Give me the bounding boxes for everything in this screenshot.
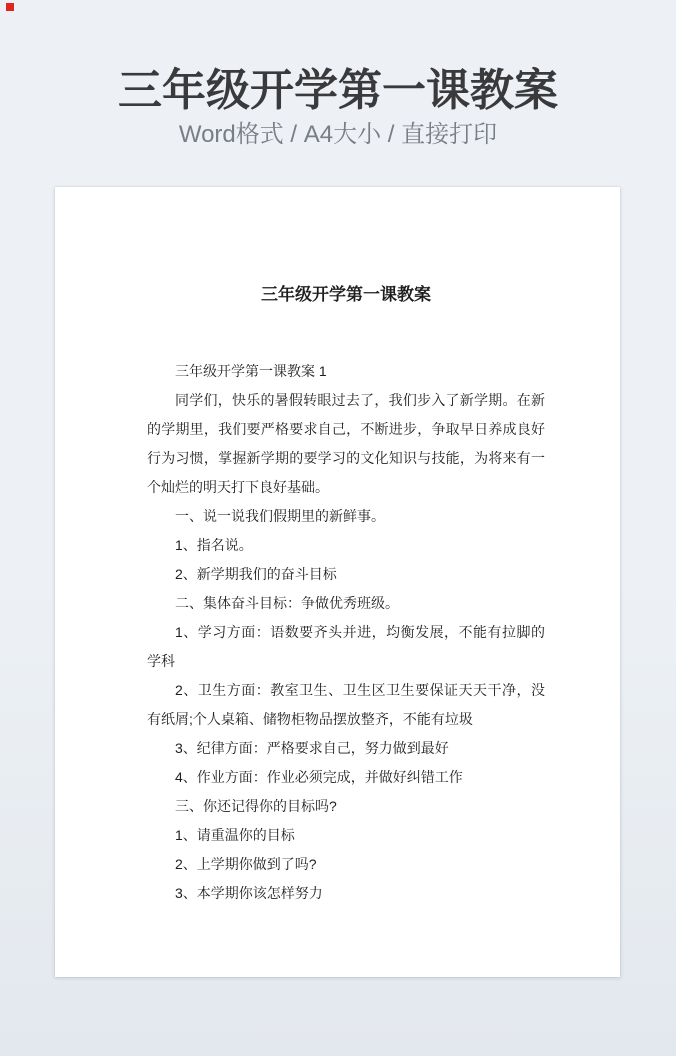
page-subtitle: Word格式 / A4大小 / 直接打印 xyxy=(0,120,676,150)
document-line: 4、作业方面：作业必须完成，并做好纠错工作 xyxy=(147,763,545,792)
document-line: 2、新学期我们的奋斗目标 xyxy=(147,560,545,589)
document-preview-page: 三年级开学第一课教案 三年级开学第一课教案 1同学们，快乐的暑假转眼过去了，我们… xyxy=(55,187,620,977)
document-line: 学科 xyxy=(147,647,545,676)
document-line: 三年级开学第一课教案 1 xyxy=(147,357,545,386)
document-line: 一、说一说我们假期里的新鲜事。 xyxy=(147,502,545,531)
document-line: 二、集体奋斗目标：争做优秀班级。 xyxy=(147,589,545,618)
document-line: 同学们，快乐的暑假转眼过去了，我们步入了新学期。在新 xyxy=(147,386,545,415)
page: 三年级开学第一课教案 Word格式 / A4大小 / 直接打印 三年级开学第一课… xyxy=(0,0,676,1056)
document-line: 三、你还记得你的目标吗? xyxy=(147,792,545,821)
document-line: 3、本学期你该怎样努力 xyxy=(147,879,545,908)
document-line: 个灿烂的明天打下良好基础。 xyxy=(147,473,545,502)
document-line: 1、指名说。 xyxy=(147,531,545,560)
corner-marker xyxy=(6,3,14,11)
document-line: 1、请重温你的目标 xyxy=(147,821,545,850)
document-line: 2、上学期你做到了吗? xyxy=(147,850,545,879)
document-line: 3、纪律方面：严格要求自己，努力做到最好 xyxy=(147,734,545,763)
document-body: 三年级开学第一课教案 1同学们，快乐的暑假转眼过去了，我们步入了新学期。在新的学… xyxy=(147,357,545,908)
document-line: 行为习惯，掌握新学期的要学习的文化知识与技能，为将来有一 xyxy=(147,444,545,473)
document-line: 1、学习方面：语数要齐头并进，均衡发展，不能有拉脚的 xyxy=(147,618,545,647)
document-line: 2、卫生方面：教室卫生、卫生区卫生要保证天天干净，没 xyxy=(147,676,545,705)
document-title: 三年级开学第一课教案 xyxy=(147,284,545,306)
document-line: 的学期里，我们要严格要求自己，不断进步，争取早日养成良好 xyxy=(147,415,545,444)
document-line: 有纸屑;个人桌箱、储物柜物品摆放整齐，不能有垃圾 xyxy=(147,705,545,734)
page-title: 三年级开学第一课教案 xyxy=(0,66,676,116)
